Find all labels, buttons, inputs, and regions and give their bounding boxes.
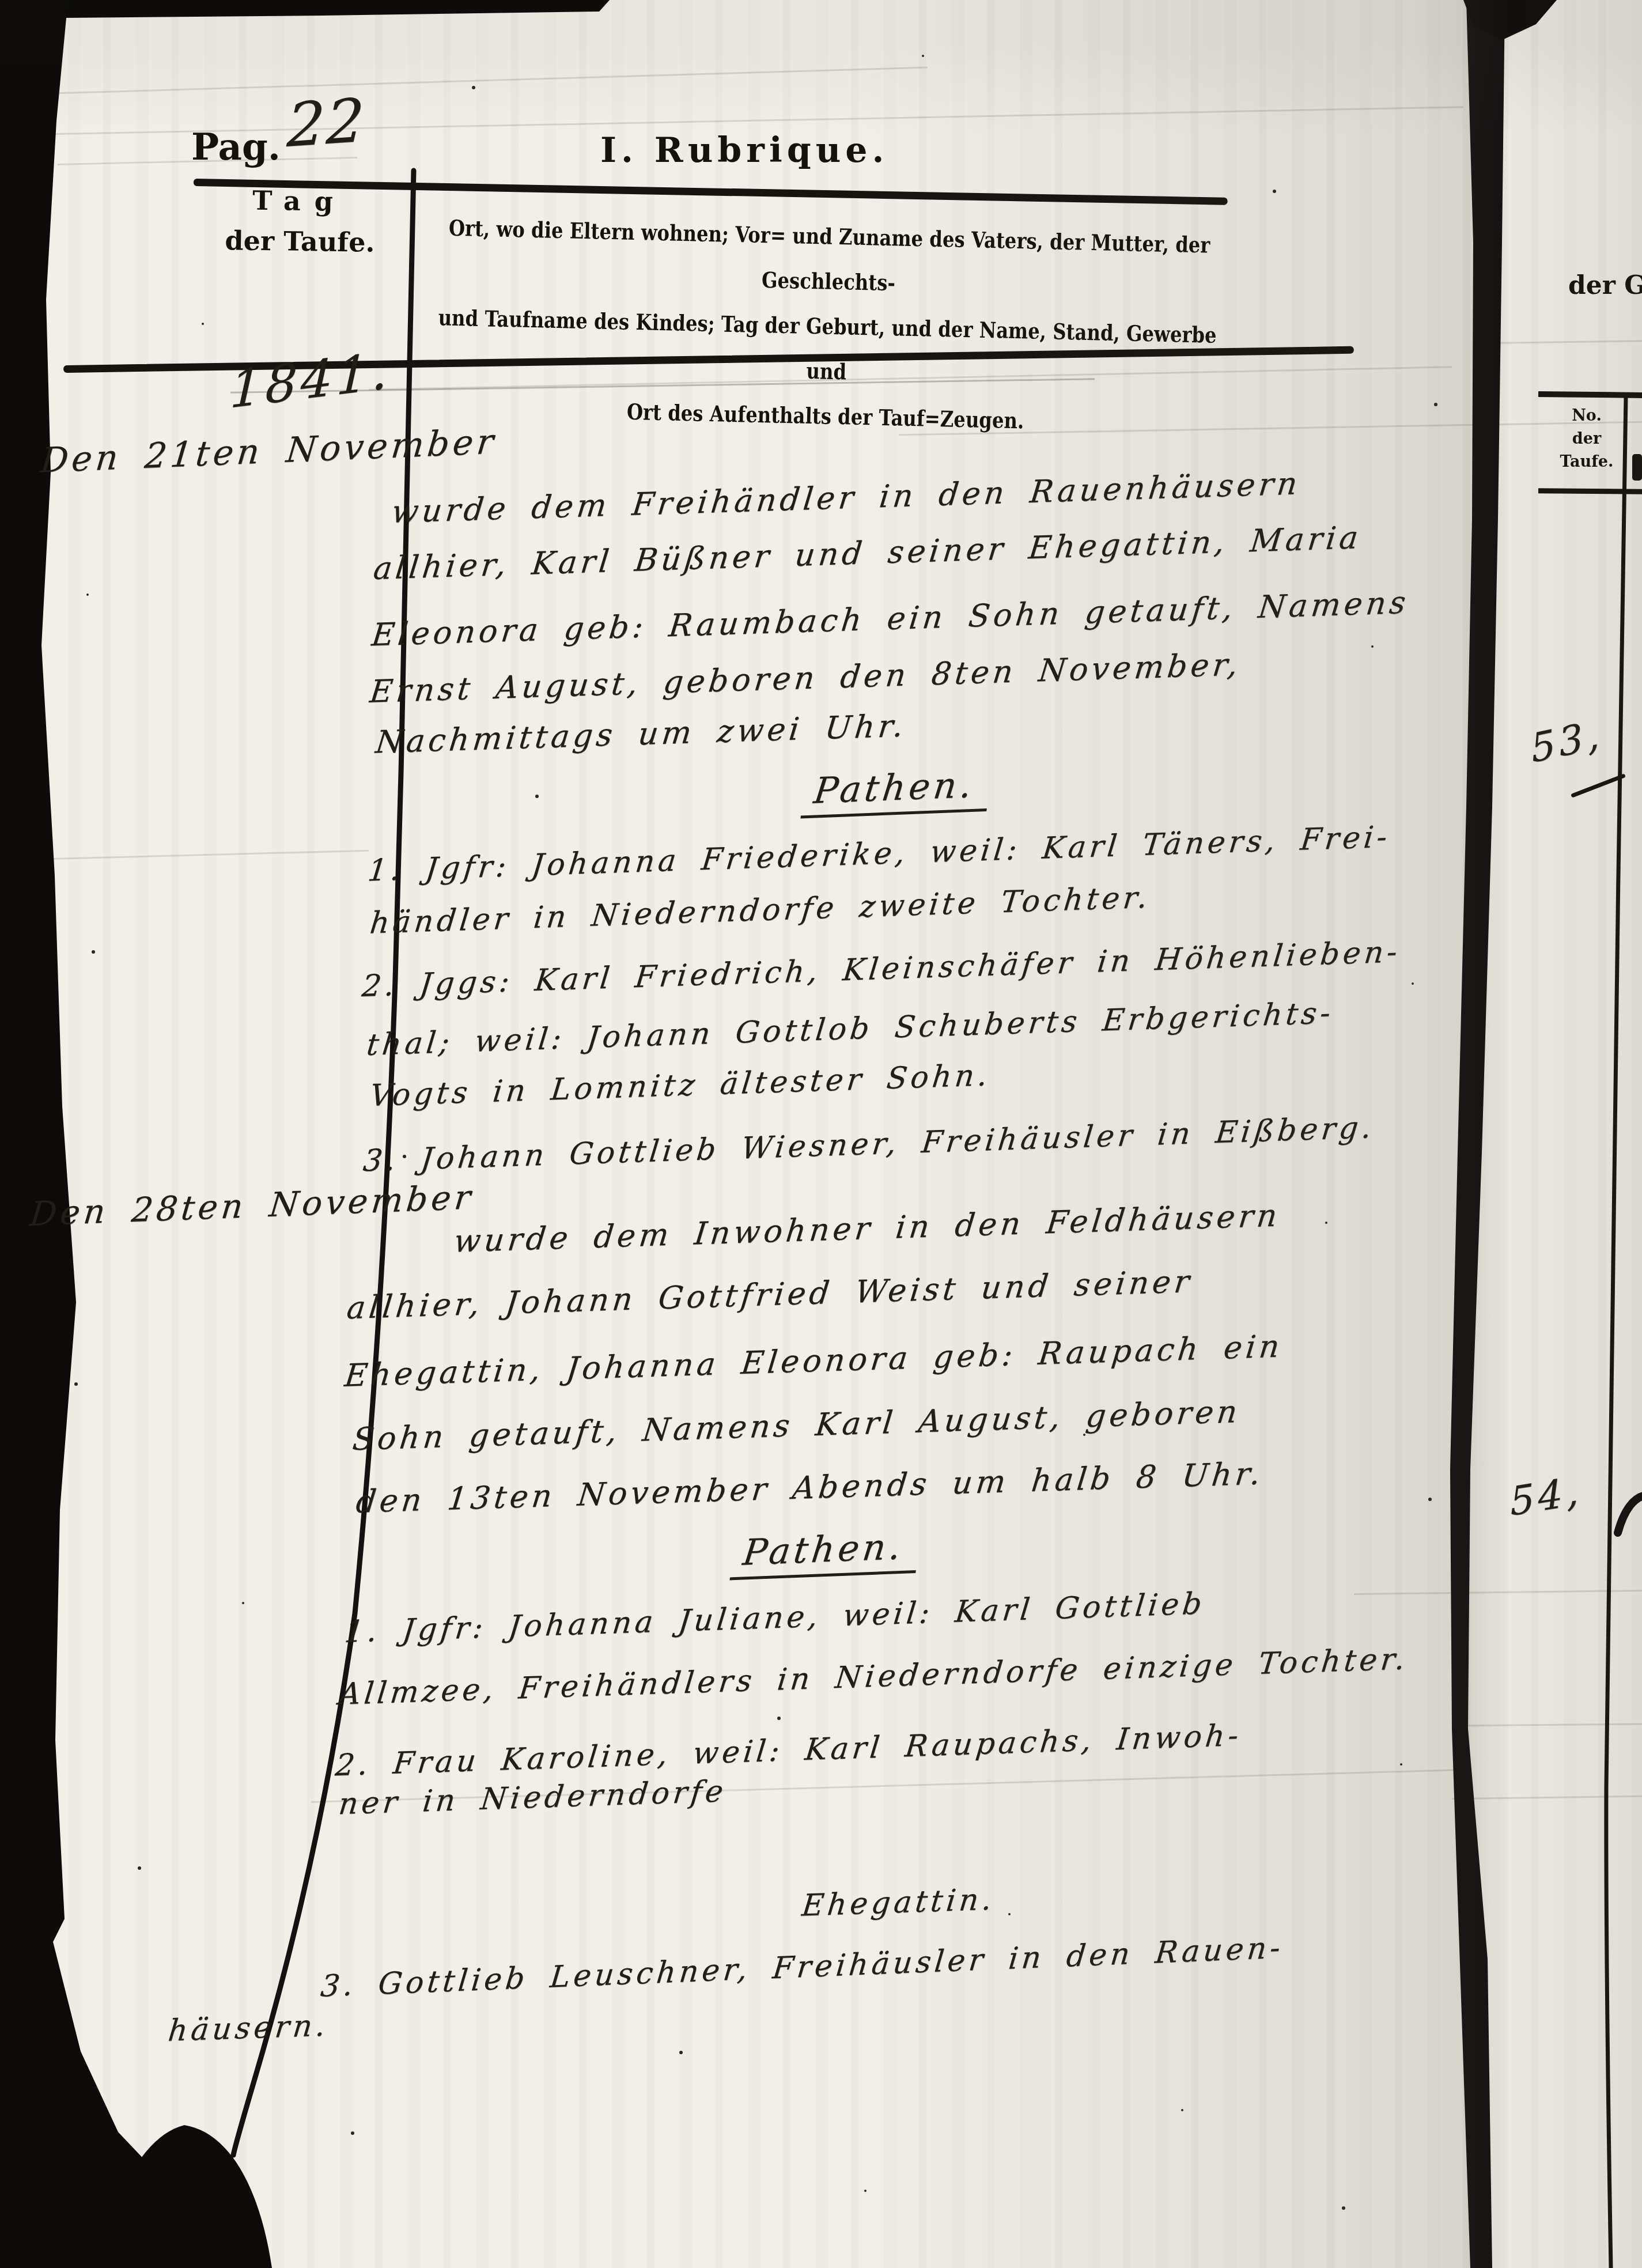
main-column-header: Ort, wo die Eltern wohnen; Vor= und Zuna…: [426, 205, 1229, 448]
left-edge-band: [0, 0, 207, 2268]
entry1-witnesses-heading: Pathen.: [801, 763, 993, 812]
right-page-no-column-header: No. der Taufe.: [1549, 405, 1625, 474]
top-edge-bar: [0, 0, 610, 18]
right-page-header-rule-top: [1538, 391, 1642, 398]
pag-label: Pag.: [191, 126, 281, 169]
right-page-header-rule-bottom: [1538, 488, 1642, 494]
no-header-line2: der: [1549, 428, 1625, 451]
church-register-scan: Pag. 22 I. Rubrique. Tag der Taufe. Ort,…: [0, 0, 1642, 2268]
gutter-band: [1450, 0, 1505, 2268]
col1-header-line2: der Taufe.: [218, 225, 383, 258]
handwritten-page-number: 22: [286, 85, 366, 161]
no-header-line1: No.: [1549, 405, 1625, 428]
right-page-column-line: [1606, 396, 1626, 2268]
main-header-line1: Ort, wo die Eltern wohnen; Vor= und Zuna…: [429, 205, 1229, 313]
col1-header-line1: Tag: [228, 184, 372, 217]
witnesses-heading-text: Pathen.: [800, 763, 992, 819]
clipped-edge-mark: [1618, 1496, 1642, 1533]
entry2-witnesses-heading: Pathen.: [731, 1525, 922, 1574]
right-page-partial-title: der G: [1568, 271, 1642, 300]
rubrique-title: I. Rubrique.: [600, 130, 888, 171]
no-header-line3: Taufe.: [1549, 451, 1625, 474]
entry2-witness-line: häusern.: [167, 2008, 331, 2048]
entry2-witness-line: Ehegattin.: [800, 1882, 997, 1923]
right-page-clipped-glyph: [1632, 454, 1642, 481]
witnesses-heading-text: Pathen.: [729, 1525, 921, 1581]
